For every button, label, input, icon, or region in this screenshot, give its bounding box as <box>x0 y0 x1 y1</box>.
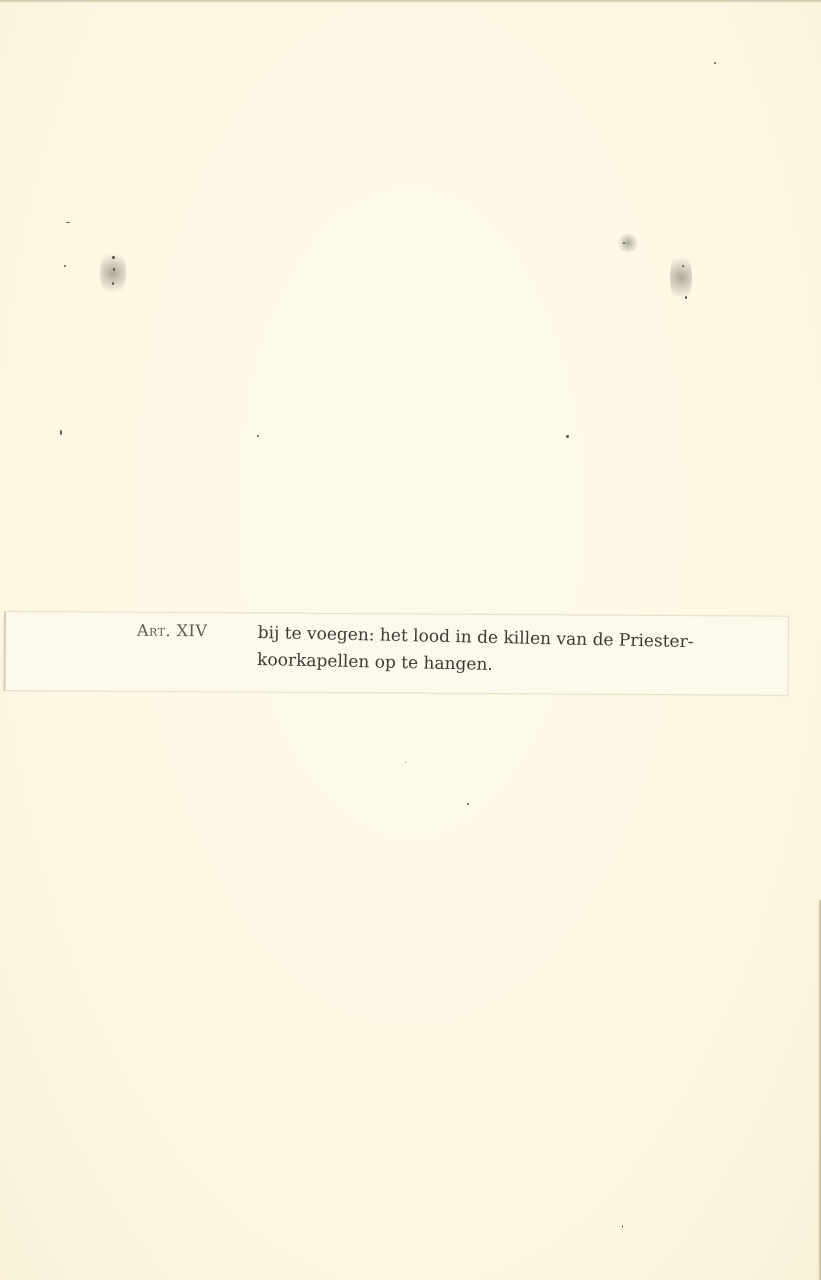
speck <box>682 265 684 267</box>
speck <box>113 268 115 271</box>
article-text: bij te voegen: het lood in de killen van… <box>257 620 778 685</box>
speck <box>64 265 66 267</box>
speck <box>112 256 115 259</box>
speck <box>714 62 716 64</box>
article-number: Art. XIV <box>137 621 208 640</box>
speck <box>566 435 569 438</box>
page-top-edge <box>0 0 821 3</box>
document-page: Art. XIV bij te voegen: het lood in de k… <box>0 0 821 1280</box>
speck <box>623 242 625 244</box>
speck <box>66 222 70 223</box>
speck <box>257 435 259 437</box>
speck <box>622 1225 623 1228</box>
speck <box>405 762 406 763</box>
foxing-mark <box>670 250 692 305</box>
speck <box>685 296 687 299</box>
speck <box>467 803 469 805</box>
speck <box>112 282 114 285</box>
foxing-mark <box>618 232 638 254</box>
speck <box>60 430 62 435</box>
